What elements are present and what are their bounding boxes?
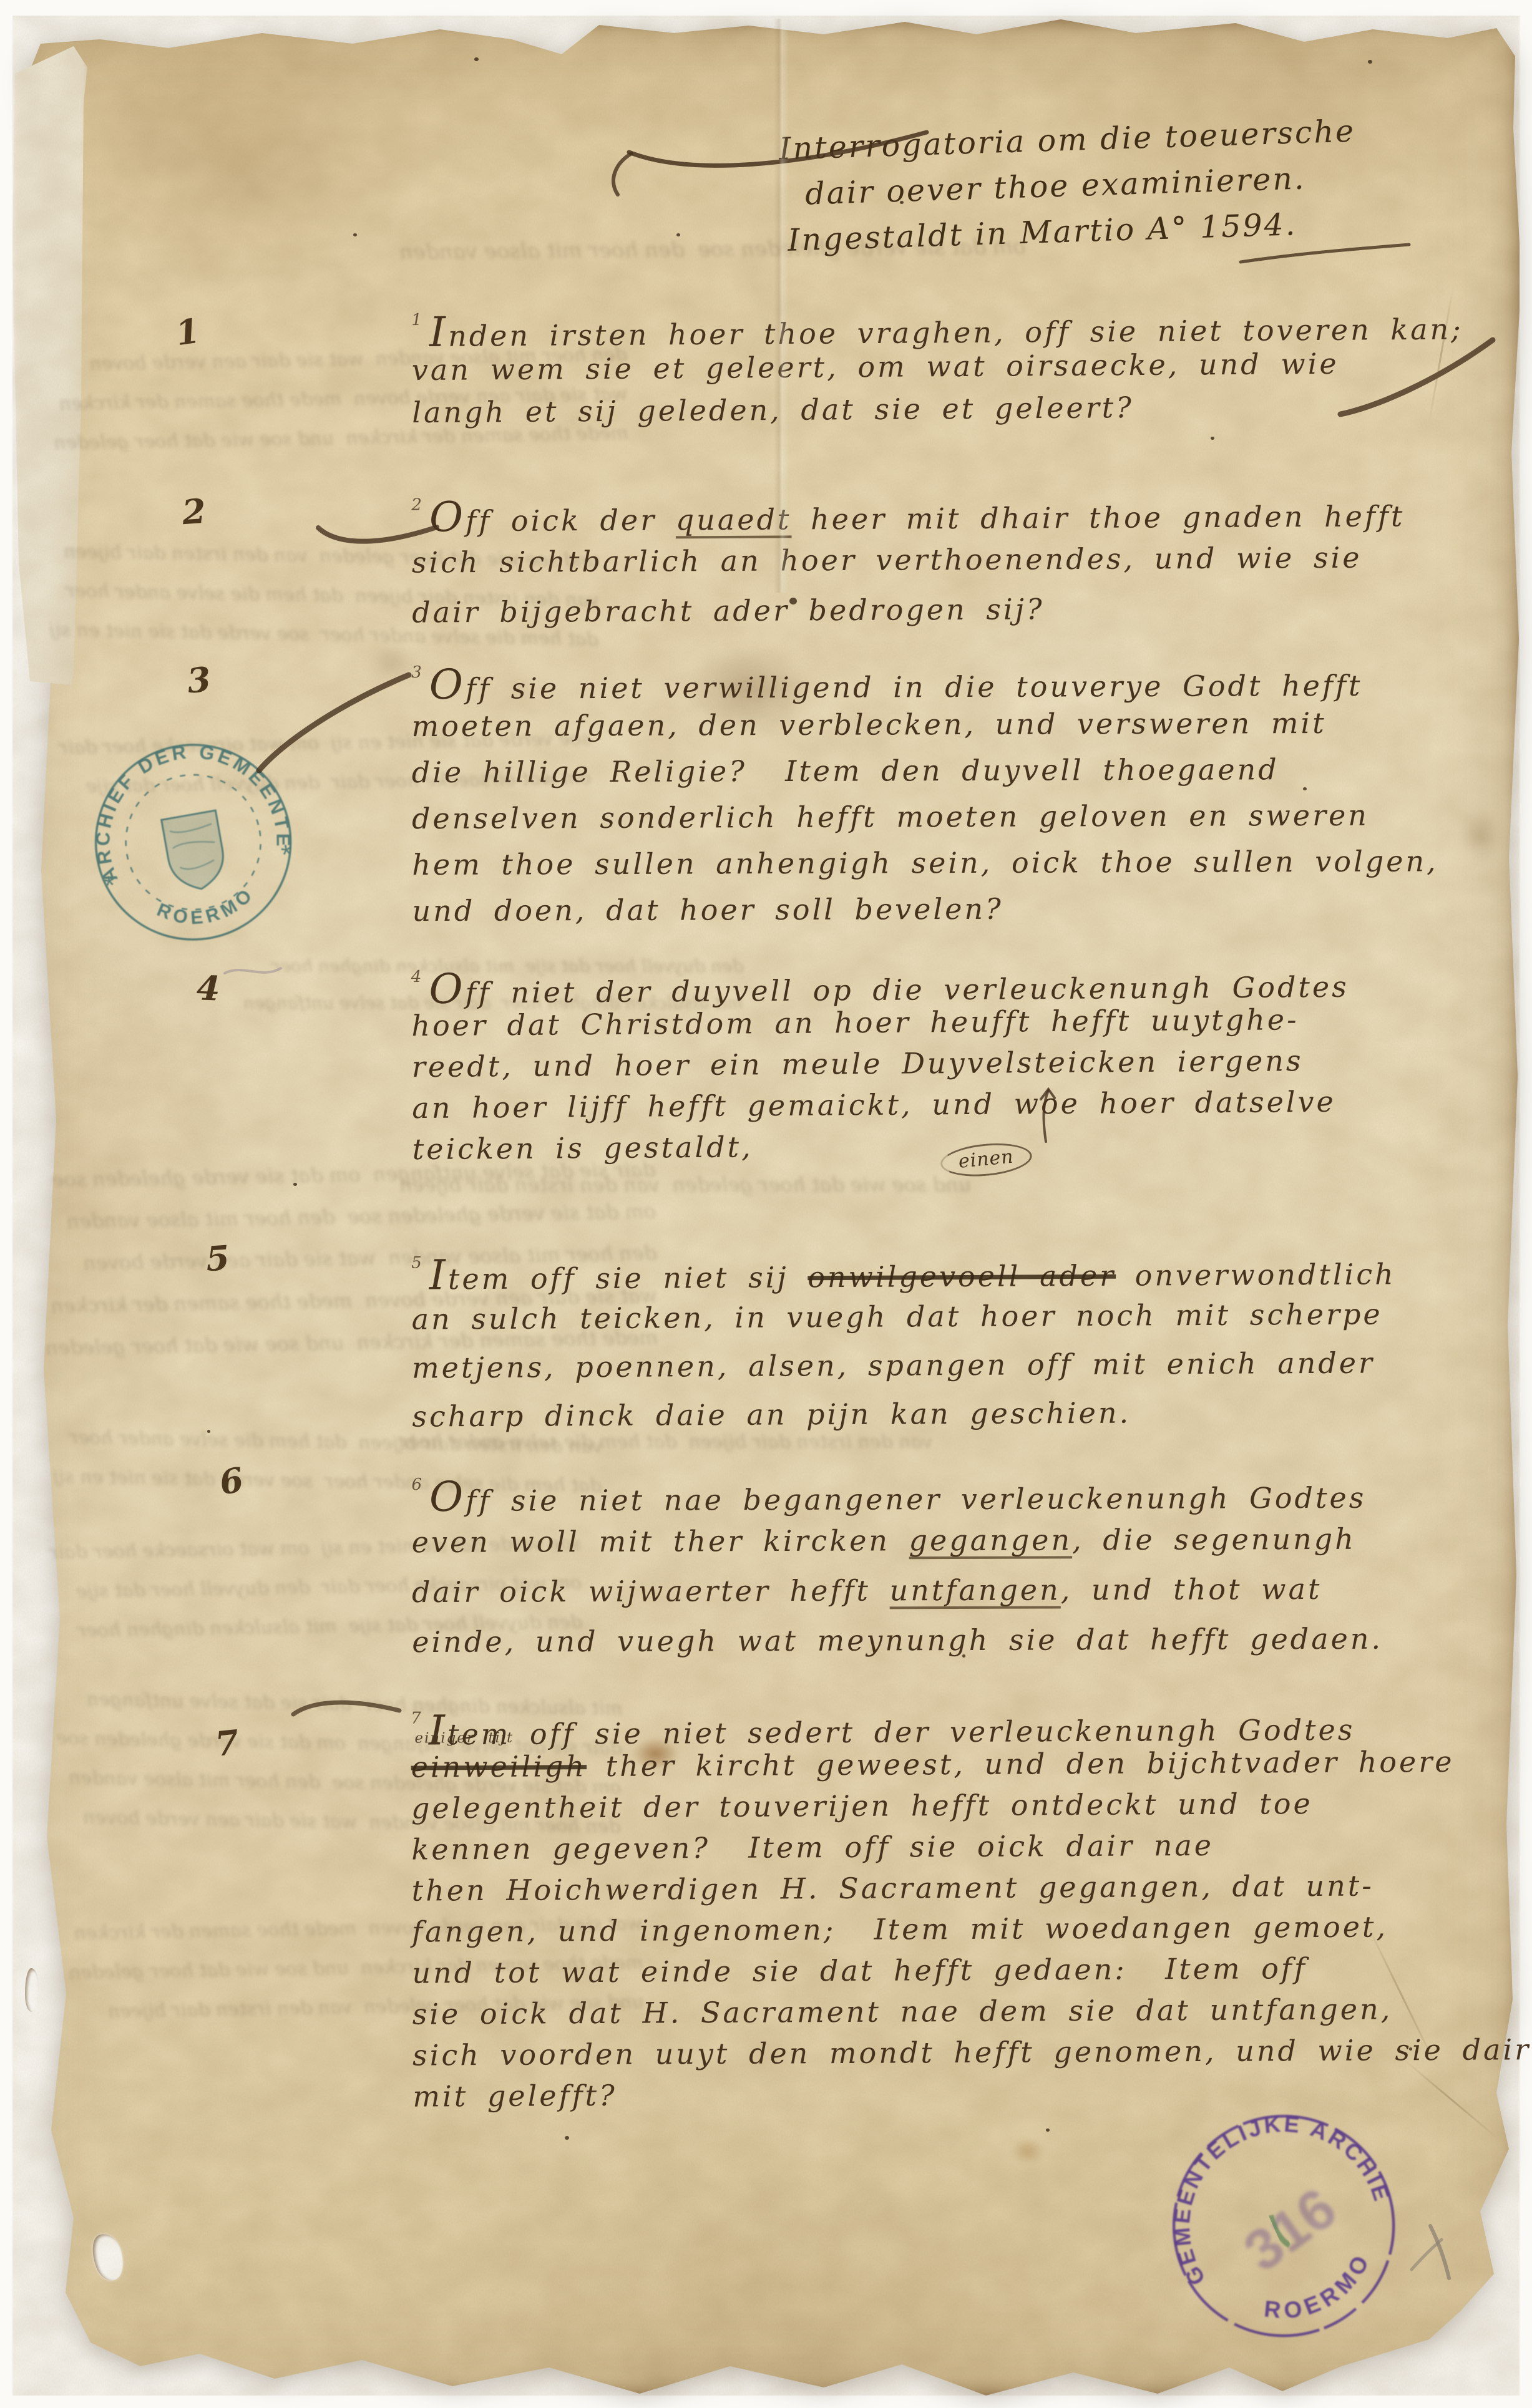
manuscript-words: Off sie niet verwilligend in die touvery… (429, 669, 1363, 706)
manuscript-words: gegangen (909, 1523, 1073, 1557)
question-paragraph-4: 4Off niet der duyvell op die verleuckenu… (411, 960, 1511, 1198)
manuscript-words: moeten afgaen, den verblecken, und versw… (411, 706, 1326, 743)
stamp-archief-der-gemeente-roermond: ARCHIEF DER GEMEENTE ROERMOND * * (54, 704, 333, 984)
inline-question-number: 3 (411, 663, 422, 682)
manuscript-line: scharp dinck daie an pijn kan geschien. (412, 1396, 1131, 1434)
struck-through-words: einweiligh (411, 1749, 587, 1784)
manuscript-line: teicken is gestaldt,einen (412, 1128, 1032, 1170)
manuscript-line: einiger tijteinweiligh ther kircht gewee… (411, 1745, 1455, 1784)
manuscript-line: even woll mit ther kircken gegangen, die… (412, 1522, 1356, 1559)
manuscript-words: die hillige Religie? Item den duyvell th… (412, 752, 1279, 789)
fly-speck (207, 1430, 210, 1433)
manuscript-line: und doen, dat hoer soll bevelen? (412, 892, 1003, 928)
question-paragraph-3: 3Off sie niet verwilligend in die touver… (411, 659, 1511, 965)
question-paragraph-6: 6Off sie niet nae begangener verleuckenu… (411, 1472, 1510, 1700)
initial-letter: O (429, 965, 466, 1013)
manuscript-words: und doen, dat hoer soll bevelen? (412, 892, 1003, 928)
manuscript-line: hoer dat Christdom an hoer heufft hefft … (411, 1003, 1299, 1042)
manuscript-line: denselven sonderlich hefft moeten gelove… (412, 799, 1369, 835)
question-paragraph-1: 1Inden irsten hoer thoe vraghen, off sie… (411, 303, 1511, 463)
manuscript-words: onverwondtlich (1116, 1257, 1396, 1292)
manuscript-words: , und thot wat (1061, 1572, 1322, 1606)
manuscript-words: scharp dinck daie an pijn kan geschien. (412, 1396, 1131, 1434)
manuscript-words: hoer dat Christdom an hoer heufft hefft … (411, 1003, 1299, 1042)
manuscript-words: fangen, und ingenomen; Item mit woedange… (412, 1910, 1388, 1948)
initial-letter: O (429, 1473, 466, 1521)
manuscript-line: an hoer lijff hefft gemaickt, und woe ho… (412, 1085, 1336, 1125)
inline-question-number: 6 (411, 1475, 422, 1494)
manuscript-words: und tot wat einde sie dat hefft gedaen: … (412, 1951, 1307, 1990)
manuscript-line: 6Off sie niet nae begangener verleuckenu… (411, 1472, 1366, 1518)
margin-question-number: 3 (185, 659, 213, 701)
manuscript-words: teicken is gestaldt, (412, 1130, 753, 1166)
manuscript-line: einde, und vuegh wat meynungh sie dat he… (412, 1622, 1383, 1659)
manuscript-words: ther kircht geweest, und den bijchtvader… (587, 1745, 1455, 1783)
manuscript-words: denselven sonderlich hefft moeten gelove… (412, 799, 1369, 835)
inline-question-number: 7 (411, 1709, 421, 1728)
manuscript-words: dair bijgebracht ader bedrogen sij? (412, 592, 1045, 629)
manuscript-words: metjens, poennen, alsen, spangen off mit… (412, 1346, 1375, 1385)
interline-insertion: einiger tijt (414, 1730, 514, 1747)
inline-question-number: 5 (411, 1254, 422, 1273)
stamp-purple-inventory-number: 316 (1232, 2176, 1347, 2284)
manuscript-words: sich sichtbarlich an hoer verthoenendes,… (412, 541, 1362, 580)
inline-question-number: 2 (411, 496, 422, 515)
manuscript-words: , die segenungh (1072, 1522, 1356, 1557)
manuscript-line: fangen, und ingenomen; Item mit woedange… (412, 1910, 1388, 1948)
question-paragraph-5: 5Item off sie niet sij onwilgevoell ader… (411, 1248, 1511, 1473)
manuscript-line: 5Item off sie niet sij onwilgevoell ader… (411, 1248, 1396, 1296)
manuscript-words: heer mit dhair thoe gnaden hefft (791, 499, 1405, 536)
scanned-manuscript-page: om dat sie verde gheleden soe den hoer m… (0, 0, 1532, 2408)
manuscript-words: mit gelefft? (412, 2079, 617, 2114)
manuscript-line: 3Off sie niet verwilligend in die touver… (411, 660, 1362, 706)
manuscript-line: hem thoe sullen anhengigh sein, oick tho… (412, 844, 1438, 881)
manuscript-line: und tot wat einde sie dat hefft gedaen: … (412, 1951, 1307, 1990)
manuscript-words: dair oick wijwaerter hefft (412, 1573, 890, 1609)
fold-crease (774, 19, 789, 593)
initial-letter: O (429, 493, 466, 541)
manuscript-line: sie oick dat H. Sacrament nae dem sie da… (412, 1992, 1393, 2031)
manuscript-words: kennen gegeven? Item off sie oick dair n… (411, 1828, 1214, 1867)
manuscript-line: then Hoichwerdigen H. Sacrament gegangen… (412, 1869, 1374, 1908)
manuscript-words: hem thoe sullen anhengigh sein, oick tho… (412, 844, 1438, 881)
manuscript-line: 1Inden irsten hoer thoe vraghen, off sie… (411, 303, 1463, 353)
manuscript-words: even woll mit ther kircken (412, 1523, 909, 1559)
manuscript-line: metjens, poennen, alsen, spangen off mit… (412, 1346, 1375, 1385)
manuscript-words: an hoer lijff hefft gemaickt, und woe ho… (412, 1085, 1336, 1125)
inline-question-number: 1 (411, 311, 422, 329)
manuscript-words: an sulch teicken, in vuegh dat hoer noch… (411, 1297, 1382, 1336)
manuscript-line: gelegentheit der touverijen hefft ontdec… (411, 1787, 1313, 1825)
manuscript-words: einde, und vuegh wat meynungh sie dat he… (412, 1622, 1383, 1659)
initial-letter: O (429, 661, 466, 709)
margin-question-number: 5 (205, 1238, 231, 1279)
manuscript-words: van wem sie et geleert, om wat oirsaecke… (412, 347, 1339, 387)
manuscript-line: die hillige Religie? Item den duyvell th… (412, 752, 1279, 789)
circled-insertion: einen (939, 1140, 1033, 1180)
manuscript-words: reedt, und hoer ein meule Duyvelsteicken… (412, 1044, 1304, 1084)
manuscript-line: dair bijgebracht ader bedrogen sij? (412, 592, 1045, 629)
manuscript-words: Off sie niet nae begangener verleuckenun… (429, 1481, 1366, 1518)
manuscript-words: then Hoichwerdigen H. Sacrament gegangen… (412, 1869, 1374, 1908)
manuscript-words: gelegentheit der touverijen hefft ontdec… (411, 1787, 1313, 1825)
manuscript-words: untfangen (889, 1573, 1060, 1607)
manuscript-words: Off oick der (429, 503, 676, 538)
question-paragraph-2: 2Off oick der quaedt heer mit dhair thoe… (411, 490, 1510, 670)
manuscript-line: 2Off oick der quaedt heer mit dhair thoe… (411, 490, 1405, 538)
manuscript-line: reedt, und hoer ein meule Duyvelsteicken… (412, 1044, 1304, 1084)
manuscript-words: Item off sie niet sij (429, 1260, 808, 1296)
manuscript-line: sich voorden uuyt den mondt hefft genome… (412, 2032, 1531, 2072)
margin-question-number: 2 (181, 491, 207, 532)
manuscript-line: sich sichtbarlich an hoer verthoenendes,… (412, 541, 1362, 580)
manuscript-line: an sulch teicken, in vuegh dat hoer noch… (411, 1297, 1382, 1336)
manuscript-words: sich voorden uuyt den mondt hefft genome… (412, 2032, 1531, 2072)
margin-question-number: 4 (196, 968, 221, 1008)
struck-through-words: onwilgevoell ader (807, 1259, 1116, 1294)
manuscript-words: langh et sij geleden, dat sie et geleert… (412, 391, 1134, 429)
margin-question-number: 7 (213, 1722, 241, 1764)
manuscript-line: kennen gegeven? Item off sie oick dair n… (411, 1828, 1214, 1867)
inline-question-number: 4 (411, 968, 422, 986)
manuscript-line: 7Item off sie niet sedert der verleucken… (411, 1704, 1355, 1752)
initial-letter: I (429, 1251, 448, 1299)
manuscript-line: mit gelefft? (412, 2079, 617, 2114)
manuscript-line: moeten afgaen, den verblecken, und versw… (411, 706, 1326, 743)
manuscript-line: langh et sij geleden, dat sie et geleert… (412, 391, 1134, 429)
manuscript-line: dair oick wijwaerter hefft untfangen, un… (412, 1572, 1322, 1609)
initial-letter: I (429, 308, 449, 356)
manuscript-line: van wem sie et geleert, om wat oirsaecke… (412, 347, 1339, 387)
manuscript-words: sie oick dat H. Sacrament nae dem sie da… (412, 1992, 1393, 2031)
